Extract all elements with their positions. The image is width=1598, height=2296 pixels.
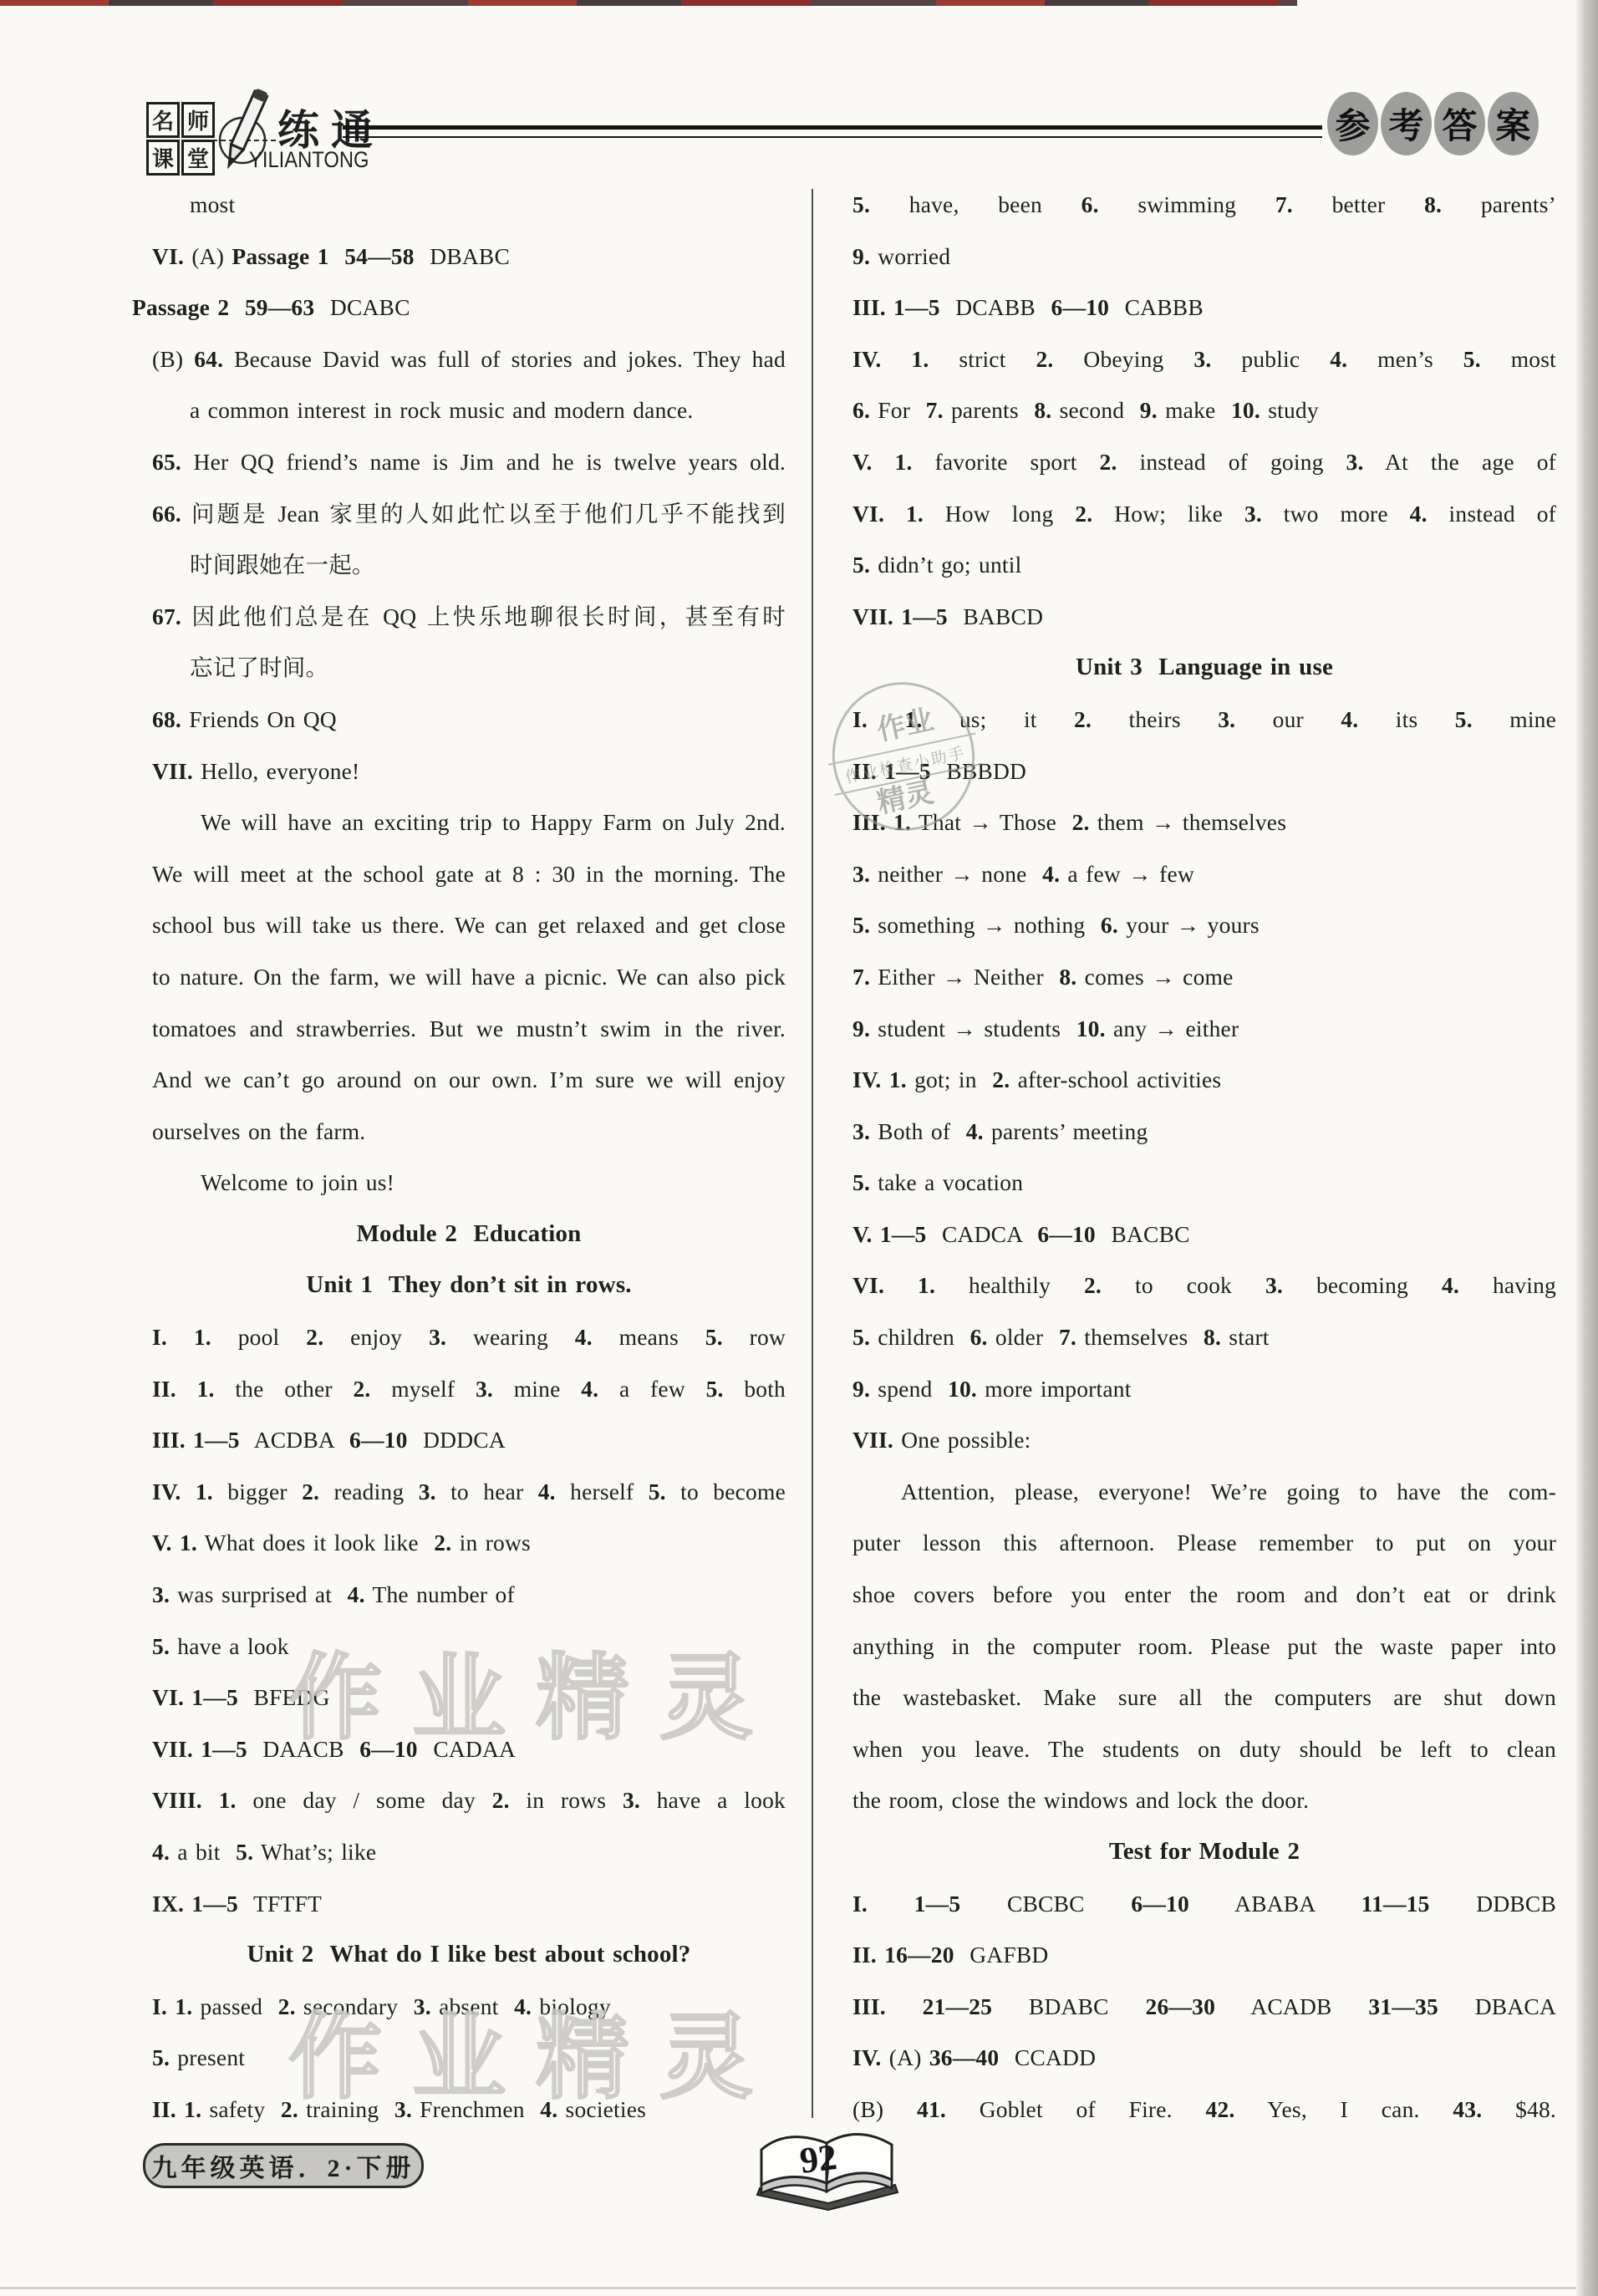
text-line: 67. 因此他们总是在 QQ 上快乐地聊很长时间，甚至有时 (152, 591, 786, 643)
text-line: a common interest in rock music and mode… (152, 384, 786, 436)
header-rule (343, 125, 1322, 138)
text-line: VII. One possible: (852, 1414, 1556, 1466)
text-line: 5. have a look (152, 1621, 786, 1672)
text-line: VI. 1. healthily 2. to cook 3. becoming … (852, 1260, 1556, 1311)
text-line: I. 1. passed 2. secondary 3. absent 4. b… (152, 1981, 786, 2033)
text-line: Module 2 Education (152, 1209, 786, 1260)
text-line: VI. 1. How long 2. How; like 3. two more… (852, 488, 1556, 540)
text-line: 3. Both of 4. parents’ meeting (852, 1106, 1556, 1158)
text-line: most (152, 179, 786, 231)
text-line: We will have an exciting trip to Happy F… (152, 797, 786, 848)
text-line: 9. student → students 10. any → either (852, 1003, 1556, 1055)
text-line: the room, close the windows and lock the… (852, 1774, 1556, 1826)
edition-badge: 九年级英语．2·下册 (143, 2143, 424, 2188)
text-line: I. 1. pool 2. enjoy 3. wearing 4. means … (152, 1311, 786, 1363)
left-column: mostVI. (A) Passage 1 54—58 DBABCPassage… (152, 179, 786, 2136)
text-line: II. 16—20 GAFBD (852, 1929, 1556, 1981)
reference-answers-badge: 参考答案 (1327, 92, 1539, 155)
badge-character: 考 (1381, 92, 1432, 155)
text-line: I. 1. us; it 2. theirs 3. our 4. its 5. … (852, 694, 1556, 746)
text-line: Test for Module 2 (852, 1826, 1556, 1878)
text-line: (B) 64. Because David was full of storie… (152, 333, 786, 385)
text-line: Unit 3 Language in use (852, 642, 1556, 694)
scan-edge-right (1576, 0, 1598, 2296)
text-line: 5. didn’t go; until (852, 539, 1556, 591)
text-line: Passage 2 59—63 DCABC (132, 282, 786, 333)
text-line: when you leave. The students on duty sho… (852, 1723, 1556, 1775)
text-line: And we can’t go around on our own. I’m s… (152, 1054, 786, 1106)
text-line: 5. something → nothing 6. your → yours (852, 899, 1556, 951)
text-line: 9. worried (852, 231, 1556, 283)
text-line: VII. 1—5 DAACB 6—10 CADAA (152, 1723, 786, 1775)
text-line: 9. spend 10. more important (852, 1363, 1556, 1415)
text-line: school bus will take us there. We can ge… (152, 899, 786, 951)
text-line: VIII. 1. one day / some day 2. in rows 3… (152, 1774, 786, 1826)
logo-box-character: 堂 (181, 140, 215, 176)
right-column: 5. have, been 6. swimming 7. better 8. p… (852, 179, 1556, 2136)
logo-box-character: 名 (146, 102, 180, 138)
text-line: Attention, please, everyone! We’re going… (852, 1466, 1556, 1518)
text-line: 5. have, been 6. swimming 7. better 8. p… (852, 179, 1556, 231)
text-line: I. 1—5 CBCBC 6—10 ABABA 11—15 DDBCB (852, 1878, 1556, 1930)
text-line: anything in the computer room. Please pu… (852, 1621, 1556, 1672)
text-line: VI. 1—5 BFEDG (152, 1672, 786, 1723)
text-line: 68. Friends On QQ (152, 694, 786, 746)
text-line: 5. present (152, 2032, 786, 2084)
text-line: 7. Either → Neither 8. comes → come (852, 951, 1556, 1003)
badge-character: 答 (1434, 92, 1485, 155)
text-line: VI. (A) Passage 1 54—58 DBABC (152, 231, 786, 283)
text-line: puter lesson this afternoon. Please reme… (852, 1517, 1556, 1569)
text-line: to nature. On the farm, we will have a p… (152, 951, 786, 1003)
brand-romanized: YILIANTONG (249, 147, 369, 173)
text-line: III. 1—5 DCABB 6—10 CABBB (852, 282, 1556, 333)
publisher-logo-grid: 名师课堂 (146, 102, 215, 171)
text-line: IV. 1. strict 2. Obeying 3. public 4. me… (852, 333, 1556, 385)
text-line: Welcome to join us! (152, 1157, 786, 1209)
scan-edge-bottom (0, 2287, 1576, 2289)
text-line: III. 21—25 BDABC 26—30 ACADB 31—35 DBACA (852, 1981, 1556, 2033)
logo-box-character: 课 (146, 140, 180, 176)
text-line: VII. 1—5 BABCD (852, 591, 1556, 643)
text-line: II. 1. safety 2. training 3. Frenchmen 4… (152, 2084, 786, 2136)
column-divider (812, 189, 813, 2118)
text-line: IV. (A) 36—40 CCADD (852, 2032, 1556, 2084)
answer-key-page: 名师课堂 练通 YILIANTONG 参考答案 mostVI. (A) Pass… (0, 0, 1598, 2296)
text-line: Unit 1 They don’t sit in rows. (152, 1260, 786, 1311)
text-line: IV. 1. got; in 2. after-school activitie… (852, 1054, 1556, 1106)
text-line: 65. Her QQ friend’s name is Jim and he i… (152, 436, 786, 488)
logo-box-character: 师 (181, 102, 215, 138)
text-line: 66. 问题是 Jean 家里的人如此忙以至于他们几乎不能找到 (152, 488, 786, 540)
text-line: V. 1—5 CADCA 6—10 BACBC (852, 1209, 1556, 1260)
text-line: 忘记了时间。 (152, 642, 786, 694)
page-number: 92 (797, 2136, 839, 2181)
page-number-book-icon: 92 (755, 2121, 900, 2217)
text-line: 6. For 7. parents 8. second 9. make 10. … (852, 384, 1556, 436)
text-line: V. 1. What does it look like 2. in rows (152, 1517, 786, 1569)
scan-edge-top (0, 0, 1297, 6)
text-line: 时间跟她在一起。 (152, 539, 786, 591)
text-line: V. 1. favorite sport 2. instead of going… (852, 436, 1556, 488)
text-line: II. 1—5 BBBDD (852, 746, 1556, 797)
text-line: 3. neither → none 4. a few → few (852, 848, 1556, 900)
text-line: the wastebasket. Make sure all the compu… (852, 1672, 1556, 1723)
text-line: VII. Hello, everyone! (152, 746, 786, 797)
text-line: tomatoes and strawberries. But we mustn’… (152, 1003, 786, 1055)
text-line: III. 1—5 ACDBA 6—10 DDDCA (152, 1414, 786, 1466)
badge-character: 案 (1488, 92, 1539, 155)
text-line: III. 1. That → Those 2. them → themselve… (852, 797, 1556, 848)
text-line: shoe covers before you enter the room an… (852, 1569, 1556, 1621)
text-line: We will meet at the school gate at 8 : 3… (152, 848, 786, 900)
text-line: IX. 1—5 TFTFT (152, 1878, 786, 1930)
text-line: IV. 1. bigger 2. reading 3. to hear 4. h… (152, 1466, 786, 1518)
text-line: 4. a bit 5. What’s; like (152, 1826, 786, 1878)
text-line: ourselves on the farm. (152, 1106, 786, 1158)
text-line: 5. take a vocation (852, 1157, 1556, 1209)
text-line: Unit 2 What do I like best about school? (152, 1929, 786, 1981)
text-line: II. 1. the other 2. myself 3. mine 4. a … (152, 1363, 786, 1415)
text-line: (B) 41. Goblet of Fire. 42. Yes, I can. … (852, 2084, 1556, 2136)
text-line: 5. children 6. older 7. themselves 8. st… (852, 1311, 1556, 1363)
text-line: 3. was surprised at 4. The number of (152, 1569, 786, 1621)
badge-character: 参 (1327, 92, 1378, 155)
